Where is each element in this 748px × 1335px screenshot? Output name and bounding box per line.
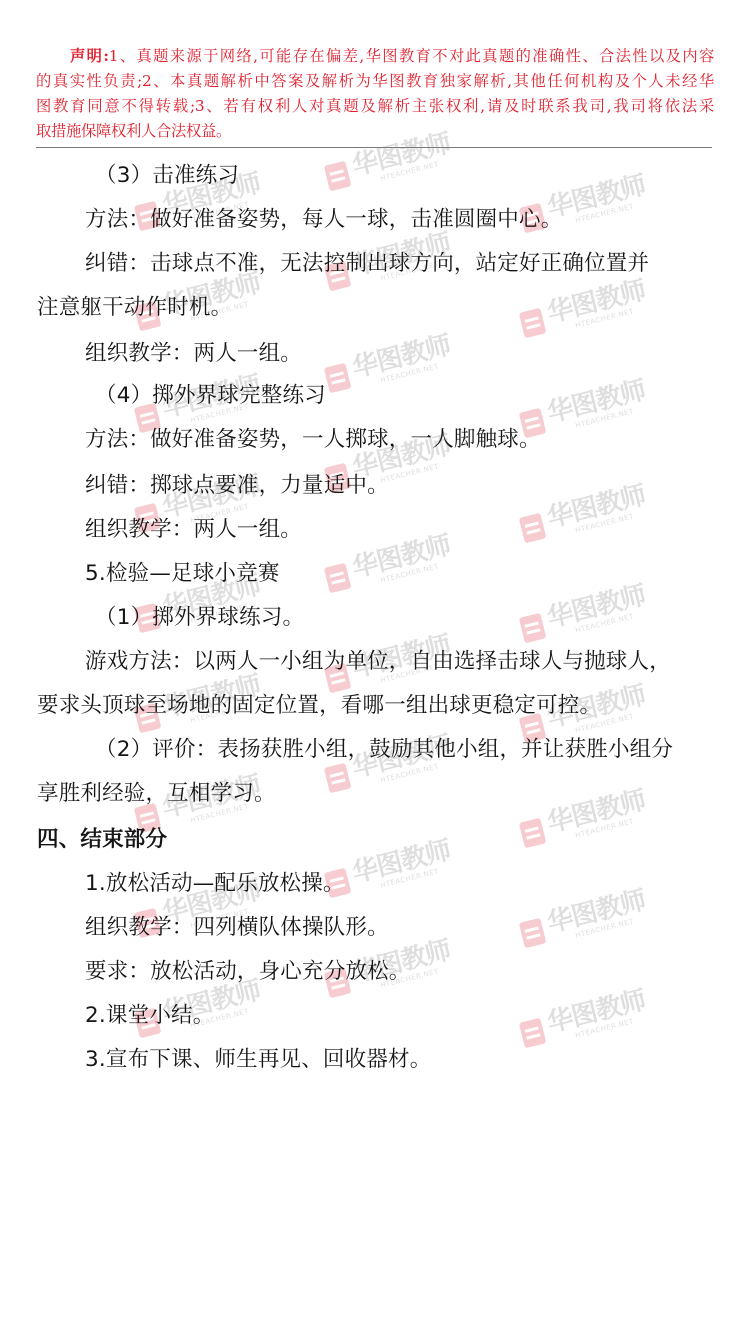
watermark-subtext: HTEACHER.NET: [575, 917, 635, 939]
watermark: 华图教师HTEACHER.NET: [516, 575, 654, 655]
watermark-logo-icon: [519, 1018, 547, 1049]
watermark: 华图教师HTEACHER.NET: [516, 780, 654, 860]
disclaimer: 声明:1、真题来源于网络,可能存在偏差,华图教育不对此真题的准确性、合法性以及内…: [36, 44, 714, 144]
watermark-logo-icon: [519, 918, 547, 949]
header-divider: [36, 147, 712, 148]
watermark-text: 华图教师: [350, 531, 454, 582]
watermark: 华图教师HTEACHER.NET: [321, 525, 459, 605]
paragraph-correction: 纠错：掷球点要准，力量适中。: [85, 472, 389, 500]
paragraph-game-method-cont: 要求头顶球至场地的固定位置，看哪一组出球更稳定可控。: [37, 692, 601, 720]
list-item-relaxation: 1.放松活动—配乐放松操。: [85, 870, 345, 898]
paragraph-organization: 组织教学：两人一组。: [85, 516, 302, 544]
watermark-subtext: HTEACHER.NET: [380, 362, 440, 384]
disclaimer-line-1: 声明:1、真题来源于网络,可能存在偏差,华图教育不对此真题的准确性、合法性以及内…: [36, 44, 714, 69]
watermark: 华图教师HTEACHER.NET: [516, 980, 654, 1060]
watermark-logo-icon: [519, 818, 547, 849]
watermark-subtext: HTEACHER.NET: [575, 407, 635, 429]
watermark-text: 华图教师: [350, 331, 454, 382]
disclaimer-line-4: 取措施保障权利人合法权益。: [36, 119, 714, 144]
paragraph-correction: 纠错：击球点不准，无法控制出球方向，站定好正确位置并: [85, 250, 649, 278]
watermark-text: 华图教师: [350, 836, 454, 887]
disclaimer-text-1: 1、真题来源于网络,可能存在偏差,华图教育不对此真题的准确性、合法性以及内容: [109, 47, 714, 65]
paragraph-correction-cont: 注意躯干动作时机。: [37, 294, 232, 322]
watermark-subtext: HTEACHER.NET: [575, 202, 635, 224]
watermark-subtext: HTEACHER.NET: [575, 307, 635, 329]
watermark-text: 华图教师: [545, 986, 649, 1037]
disclaimer-line-3: 图教育同意不得转载;3、若有权利人对真题及解析主张权利,请及时联系我司,我司将依…: [36, 94, 714, 119]
watermark-subtext: HTEACHER.NET: [575, 817, 635, 839]
watermark-subtext: HTEACHER.NET: [575, 512, 635, 534]
watermark: 华图教师HTEACHER.NET: [516, 475, 654, 555]
heading-test-competition: 5.检验—足球小竞赛: [85, 560, 280, 588]
list-item-summary: 2.课堂小结。: [85, 1002, 214, 1030]
watermark-logo-icon: [519, 308, 547, 339]
watermark-logo-icon: [324, 763, 352, 794]
subheading-throw-in-practice: （4）掷外界球完整练习: [95, 382, 326, 410]
watermark-logo-icon: [324, 563, 352, 594]
watermark-text: 华图教师: [545, 376, 649, 427]
subheading-throw-in: （1）掷外界球练习。: [95, 604, 304, 632]
paragraph-evaluation: （2）评价：表扬获胜小组，鼓励其他小组，并让获胜小组分: [95, 736, 673, 764]
watermark-text: 华图教师: [545, 481, 649, 532]
watermark-subtext: HTEACHER.NET: [380, 562, 440, 584]
watermark-subtext: HTEACHER.NET: [380, 160, 440, 182]
watermark-logo-icon: [324, 363, 352, 394]
watermark-logo-icon: [519, 513, 547, 544]
list-item-dismissal: 3.宣布下课、师生再见、回收器材。: [85, 1046, 431, 1074]
watermark-subtext: HTEACHER.NET: [575, 612, 635, 634]
paragraph-game-method: 游戏方法：以两人一小组为单位，自由选择击球人与抛球人，: [85, 648, 671, 676]
paragraph-method: 方法：做好准备姿势，每人一球，击准圆圈中心。: [85, 206, 562, 234]
section-heading-ending: 四、结束部分: [37, 826, 167, 854]
watermark-logo-icon: [324, 161, 352, 192]
watermark: 华图教师HTEACHER.NET: [516, 270, 654, 350]
watermark-subtext: HTEACHER.NET: [575, 1017, 635, 1039]
disclaimer-label: 声明:: [70, 47, 109, 65]
watermark-subtext: HTEACHER.NET: [380, 867, 440, 889]
watermark-subtext: HTEACHER.NET: [380, 762, 440, 784]
watermark-text: 华图教师: [545, 581, 649, 632]
disclaimer-line-2: 的真实性负责;2、本真题解析中答案及解析为华图教育独家解析,其他任何机构及个人未…: [36, 69, 714, 94]
watermark-text: 华图教师: [545, 276, 649, 327]
paragraph-evaluation-cont: 享胜利经验，互相学习。: [37, 780, 276, 808]
subheading-accuracy-practice: （3）击准练习: [95, 162, 239, 190]
paragraph-organization: 组织教学：四列横队体操队形。: [85, 914, 389, 942]
watermark-text: 华图教师: [545, 886, 649, 937]
paragraph-requirement: 要求：放松活动，身心充分放松。: [85, 958, 411, 986]
paragraph-organization: 组织教学：两人一组。: [85, 340, 302, 368]
watermark-logo-icon: [519, 613, 547, 644]
paragraph-method: 方法：做好准备姿势，一人掷球，一人脚触球。: [85, 426, 541, 454]
watermark: 华图教师HTEACHER.NET: [516, 880, 654, 960]
watermark-text: 华图教师: [545, 786, 649, 837]
watermark: 华图教师HTEACHER.NET: [321, 325, 459, 405]
